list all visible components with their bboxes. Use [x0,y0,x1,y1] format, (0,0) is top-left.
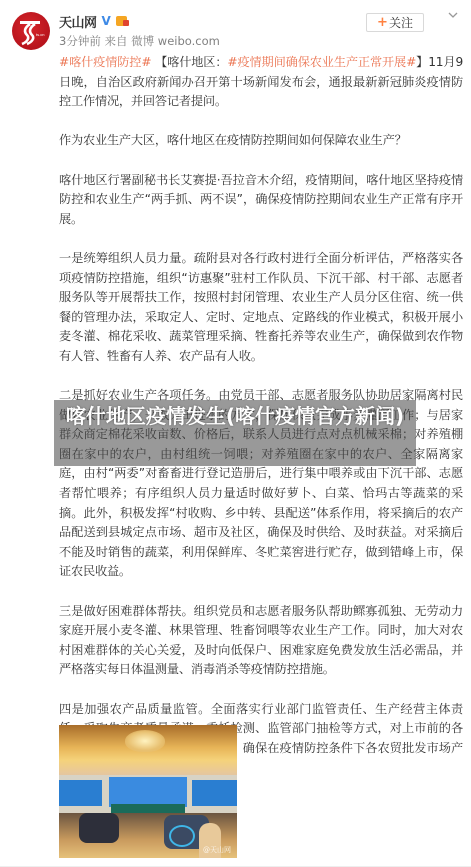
paragraph-question: 作为农业生产大区，喀什地区在疫情防控期间如何保障农业生产？ [59,131,463,151]
photo-camera-left [79,813,119,843]
topic-link-kashgar-epidemic[interactable]: #喀什疫情防控# [59,55,151,69]
verified-icon: V [102,14,111,28]
topic-link-agri-production[interactable]: #疫情期间确保农业生产正常开展# [227,55,416,69]
photo-chandelier [125,730,165,752]
photo-screen-left [59,780,102,806]
intro-paragraph: #喀什疫情防控# 【喀什地区：#疫情期间确保农业生产正常开展#】11月9日晚，自… [59,53,463,112]
paragraph-intro-speaker: 喀什地区行署副秘书长艾赛提·吾拉音木介绍，疫情期间，喀什地区坚持疫情防控和农业生… [59,171,463,230]
image-watermark: @天山网 [203,845,231,855]
plus-icon: + [377,15,388,30]
paragraph-point-3: 三是做好困难群体帮扶。组织党员和志愿者服务队帮助鳏寡孤独、无劳动力家庭开展小麦冬… [59,602,463,680]
weibo-post-card: ts.cn 天山网 V 3分钟前 来自 微博 weibo.com + 关注 #喀… [0,0,471,867]
photo-screen-center [109,777,187,807]
follow-label: 关注 [389,14,413,31]
photo-cable [169,825,195,847]
follow-button[interactable]: + 关注 [366,13,424,32]
author-name[interactable]: 天山网 [59,12,97,31]
overlay-title: 喀什地区疫情发生(喀什疫情官方新闻) [54,401,416,431]
intro-bracket: 【喀什地区： [151,55,227,69]
author-row: 天山网 V [59,12,127,30]
post-image[interactable]: @天山网 [59,725,237,858]
post-header: ts.cn 天山网 V 3分钟前 来自 微博 weibo.com + 关注 [0,0,471,55]
tianshan-logo-icon: ts.cn [12,12,50,50]
photo-screen-right [192,780,237,806]
chevron-down-icon[interactable] [448,10,458,20]
avatar[interactable]: ts.cn [12,12,50,50]
svg-text:ts.cn: ts.cn [36,32,44,37]
post-meta: 3分钟前 来自 微博 weibo.com [59,33,220,49]
member-badge-icon [116,16,127,26]
paragraph-point-1: 一是统筹组织人员力量。疏附县对各行政村进行全面分析评估，严格落实各项疫情防控措施… [59,249,463,367]
